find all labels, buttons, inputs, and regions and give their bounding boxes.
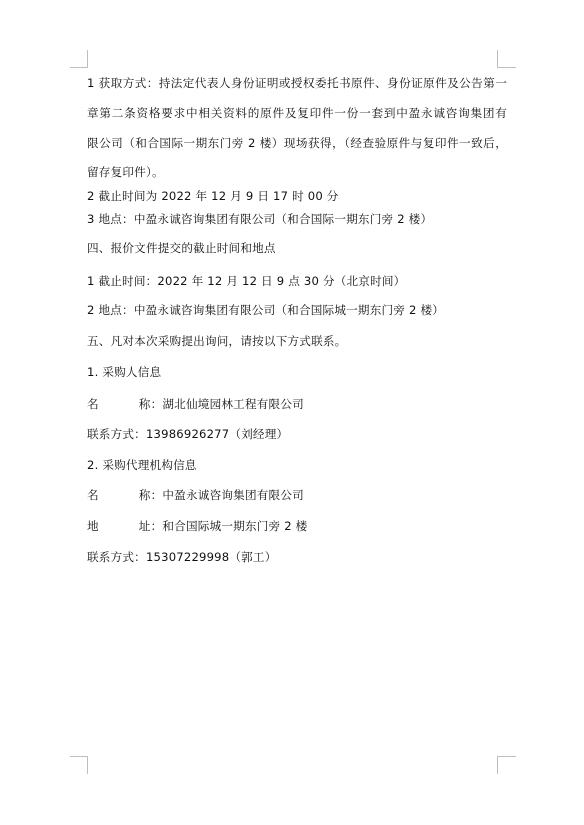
corner-mark-bottom-left <box>70 756 88 774</box>
corner-mark-top-left <box>70 50 88 68</box>
corner-mark-top-right <box>497 50 516 68</box>
document-page: 1 获取方式：持法定代表人身份证明或授权委托书原件、身份证原件及公告第一 章第二… <box>0 0 584 825</box>
purchaser-heading: 1. 采购人信息 <box>87 364 507 380</box>
label: 名 <box>87 397 99 411</box>
paragraph-line: 留存复印件）。 <box>87 164 507 180</box>
submission-location-line: 2 地点：中盈永诚咨询集团有限公司（和合国际城一期东门旁 2 楼） <box>87 302 507 318</box>
label: 称： <box>139 488 163 502</box>
label: 名 <box>87 488 99 502</box>
label: 址： <box>139 519 163 533</box>
agency-name: 中盈永诚咨询集团有限公司 <box>162 488 304 502</box>
purchaser-contact-row: 联系方式：13986926277（刘经理） <box>87 426 507 442</box>
paragraph-line: 限公司（和合国际一期东门旁 2 楼）现场获得，（经查验原件与复印件一致后， <box>87 135 507 151</box>
paragraph-line: 章第二条资格要求中相关资料的原件及复印件一份一套到中盈永诚咨询集团有 <box>87 105 507 121</box>
label: 联系方式： <box>87 550 146 564</box>
section-heading-4: 四、报价文件提交的截止时间和地点 <box>87 240 507 256</box>
agency-address: 和合国际城一期东门旁 2 楼 <box>162 519 307 533</box>
corner-mark-bottom-right <box>497 756 516 774</box>
purchaser-name-row: 名称：湖北仙境园林工程有限公司 <box>87 396 507 412</box>
agency-name-row: 名称：中盈永诚咨询集团有限公司 <box>87 487 507 503</box>
section-heading-5: 五、凡对本次采购提出询问，请按以下方式联系。 <box>87 333 507 349</box>
label: 联系方式： <box>87 427 146 441</box>
purchaser-name: 湖北仙境园林工程有限公司 <box>162 397 304 411</box>
agency-address-row: 地址：和合国际城一期东门旁 2 楼 <box>87 518 507 534</box>
paragraph-line: 1 获取方式：持法定代表人身份证明或授权委托书原件、身份证原件及公告第一 <box>87 75 507 91</box>
label: 地 <box>87 519 99 533</box>
location-line: 3 地点：中盈永诚咨询集团有限公司（和合国际一期东门旁 2 楼） <box>87 211 507 227</box>
submission-deadline-line: 1 截止时间：2022 年 12 月 12 日 9 点 30 分（北京时间） <box>87 273 507 289</box>
agency-contact: 15307229998（郭工） <box>146 550 277 564</box>
label: 称： <box>139 397 163 411</box>
agency-contact-row: 联系方式：15307229998（郭工） <box>87 549 507 565</box>
agency-heading: 2. 采购代理机构信息 <box>87 457 507 473</box>
purchaser-contact: 13986926277（刘经理） <box>146 427 288 441</box>
deadline-line: 2 截止时间为 2022 年 12 月 9 日 17 时 00 分 <box>87 188 507 204</box>
